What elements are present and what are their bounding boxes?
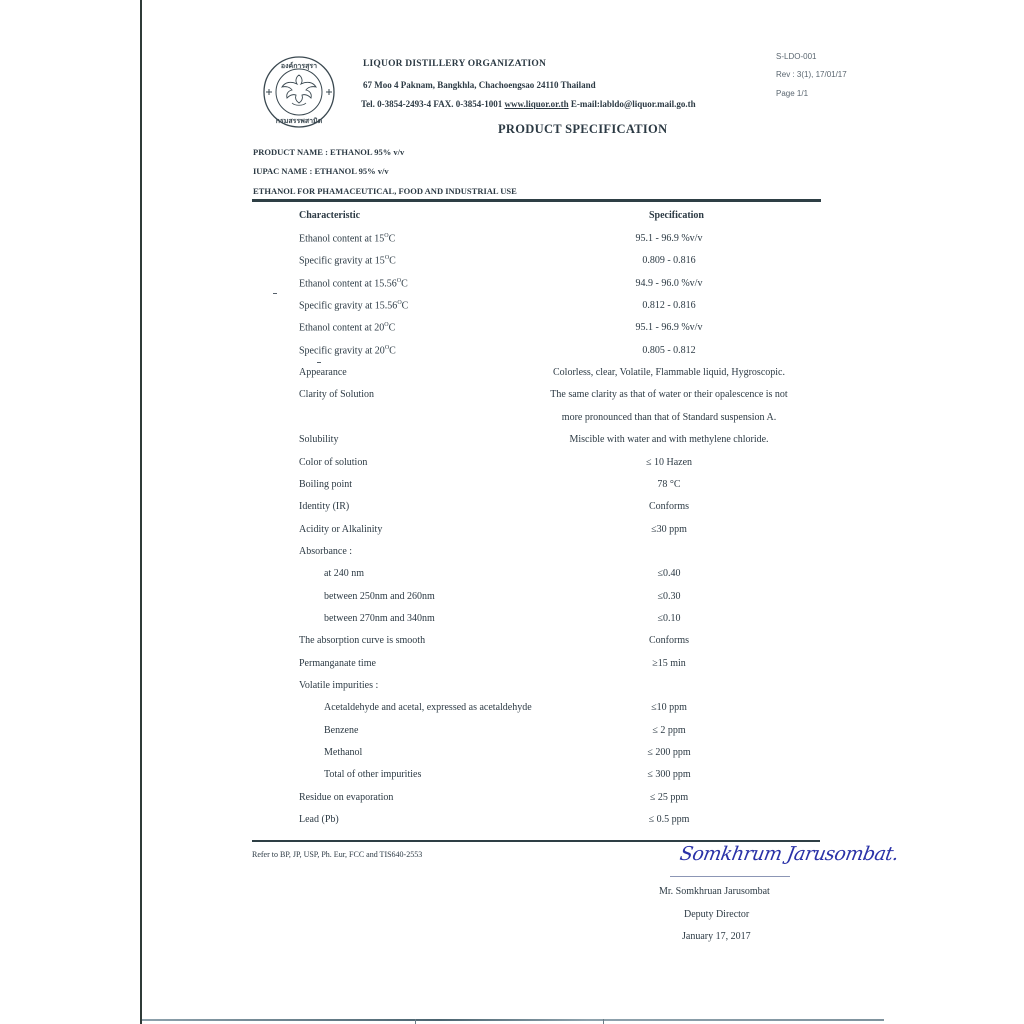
characteristic-cell: Appearance — [299, 367, 347, 378]
characteristic-cell: Ethanol content at 15OC — [299, 233, 395, 244]
specification-cell: ≤ 2 ppm — [501, 725, 837, 736]
specification-cell: ≤ 0.5 ppm — [501, 814, 837, 825]
table-row: Clarity of SolutionThe same clarity as t… — [299, 389, 839, 411]
degree-symbol: O — [397, 278, 401, 284]
specification-cell: ≥15 min — [501, 658, 837, 669]
characteristic-cell: between 250nm and 260nm — [324, 591, 435, 602]
specification-cell: 78 °C — [501, 479, 837, 490]
specification-cell: 95.1 - 96.9 %v/v — [501, 233, 837, 244]
seal-emblem-icon: องค์การสุรา กรมสรรพสามิต — [262, 55, 336, 129]
table-row: Acetaldehyde and acetal, expressed as ac… — [299, 702, 839, 724]
specification-cell: 0.805 - 0.812 — [501, 345, 837, 356]
specification-cell: Conforms — [501, 635, 837, 646]
table-top-rule — [252, 199, 821, 202]
table-row: Total of other impurities≤ 300 ppm — [299, 769, 839, 791]
table-row: Ethanol content at 15.56OC94.9 - 96.0 %v… — [299, 278, 839, 300]
characteristic-cell: Ethanol content at 20OC — [299, 322, 395, 333]
specification-cell: ≤10 ppm — [501, 702, 837, 713]
characteristic-cell: Permanganate time — [299, 658, 376, 669]
specification-cell: Colorless, clear, Volatile, Flammable li… — [501, 367, 837, 378]
table-bottom-rule — [252, 840, 820, 842]
degree-symbol: O — [397, 300, 401, 306]
svg-text:กรมสรรพสามิต: กรมสรรพสามิต — [276, 117, 323, 125]
phone-fax: Tel. 0-3854-2493-4 FAX. 0-3854-1001 — [361, 99, 505, 109]
email-address: E-mail:labldo@liquor.mail.go.th — [569, 99, 696, 109]
characteristic-cell: Ethanol content at 15.56OC — [299, 278, 408, 289]
specification-cell: ≤30 ppm — [501, 524, 837, 535]
specification-cell: ≤0.30 — [501, 591, 837, 602]
table-row: Color of solution≤ 10 Hazen — [299, 457, 839, 479]
signature-date: January 17, 2017 — [682, 931, 751, 942]
table-row: Identity (IR)Conforms — [299, 501, 839, 523]
specification-cell: ≤0.10 — [501, 613, 837, 624]
table-row: Residue on evaporation≤ 25 ppm — [299, 792, 839, 814]
table-row: The absorption curve is smoothConforms — [299, 635, 839, 657]
table-row: Ethanol content at 20OC95.1 - 96.9 %v/v — [299, 322, 839, 344]
specification-cell: Miscible with water and with methylene c… — [501, 434, 837, 445]
table-row: SolubilityMiscible with water and with m… — [299, 434, 839, 456]
table-row: Methanol≤ 200 ppm — [299, 747, 839, 769]
iupac-name: IUPAC NAME : ETHANOL 95% v/v — [253, 166, 389, 176]
characteristic-cell: Volatile impurities : — [299, 680, 378, 691]
characteristic-cell: Clarity of Solution — [299, 389, 374, 400]
specification-cell: more pronounced than that of Standard su… — [501, 412, 837, 423]
reference-note: Refer to BP, JP, USP, Ph. Eur, FCC and T… — [252, 850, 422, 859]
table-row: Acidity or Alkalinity≤30 ppm — [299, 524, 839, 546]
table-row: Specific gravity at 20OC0.805 - 0.812 — [299, 345, 839, 367]
table-row: Permanganate time≥15 min — [299, 658, 839, 680]
specification-cell: ≤ 200 ppm — [501, 747, 837, 758]
characteristic-cell: Residue on evaporation — [299, 792, 393, 803]
characteristic-cell: Specific gravity at 20OC — [299, 345, 396, 356]
table-row: Boiling point78 °C — [299, 479, 839, 501]
characteristic-cell: Identity (IR) — [299, 501, 349, 512]
degree-symbol: O — [384, 233, 388, 239]
page-number: Page 1/1 — [776, 89, 808, 98]
characteristic-cell: Benzene — [324, 725, 358, 736]
characteristic-cell: Absorbance : — [299, 546, 352, 557]
characteristic-cell: at 240 nm — [324, 568, 364, 579]
characteristic-cell: The absorption curve is smooth — [299, 635, 425, 646]
signature: Somkhrum Jarusombat. — [678, 843, 900, 865]
specification-cell: ≤ 300 ppm — [501, 769, 837, 780]
scan-speck — [273, 293, 277, 294]
characteristic-cell: Solubility — [299, 434, 338, 445]
table-row: at 240 nm≤0.40 — [299, 568, 839, 590]
specification-cell: The same clarity as that of water or the… — [501, 389, 837, 400]
table-row: Specific gravity at 15OC0.809 - 0.816 — [299, 255, 839, 277]
table-row: AppearanceColorless, clear, Volatile, Fl… — [299, 367, 839, 389]
header-specification: Specification — [649, 210, 704, 221]
specification-cell: ≤0.40 — [501, 568, 837, 579]
page-bottom-tick — [603, 1019, 604, 1024]
table-row: Volatile impurities : — [299, 680, 839, 702]
header-characteristic: Characteristic — [299, 210, 360, 221]
organization-seal-logo: องค์การสุรา กรมสรรพสามิต — [262, 55, 336, 129]
specification-cell: 0.812 - 0.816 — [501, 300, 837, 311]
characteristic-cell: between 270nm and 340nm — [324, 613, 435, 624]
table-row: more pronounced than that of Standard su… — [299, 412, 839, 434]
characteristic-cell: Methanol — [324, 747, 362, 758]
organization-name: LIQUOR DISTILLERY ORGANIZATION — [363, 59, 546, 69]
organization-address: 67 Moo 4 Paknam, Bangkhla, Chachoengsao … — [363, 80, 596, 90]
product-name: PRODUCT NAME : ETHANOL 95% v/v — [253, 147, 404, 157]
document-code: S-LDO-001 — [776, 52, 816, 61]
table-row: between 270nm and 340nm≤0.10 — [299, 613, 839, 635]
signature-line — [670, 876, 790, 877]
specification-cell: Conforms — [501, 501, 837, 512]
scan-speck — [317, 362, 321, 363]
degree-symbol: O — [385, 255, 389, 261]
specification-cell: 0.809 - 0.816 — [501, 255, 837, 266]
table-row: between 250nm and 260nm≤0.30 — [299, 591, 839, 613]
specification-cell: 94.9 - 96.0 %v/v — [501, 278, 837, 289]
table-row: Benzene≤ 2 ppm — [299, 725, 839, 747]
table-row: Specific gravity at 15.56OC0.812 - 0.816 — [299, 300, 839, 322]
characteristic-cell: Acidity or Alkalinity — [299, 524, 382, 535]
signer-title: Deputy Director — [684, 909, 749, 920]
table-row: Absorbance : — [299, 546, 839, 568]
page-bottom-tick — [415, 1019, 416, 1024]
characteristic-cell: Total of other impurities — [324, 769, 421, 780]
page-bottom-edge — [142, 1019, 884, 1021]
website-link[interactable]: www.liquor.or.th — [505, 99, 569, 109]
specification-cell: ≤ 25 ppm — [501, 792, 837, 803]
characteristic-cell: Specific gravity at 15OC — [299, 255, 396, 266]
specification-cell: ≤ 10 Hazen — [501, 457, 837, 468]
degree-symbol: O — [385, 345, 389, 351]
characteristic-cell: Lead (Pb) — [299, 814, 339, 825]
characteristic-cell: Specific gravity at 15.56OC — [299, 300, 408, 311]
table-row: Ethanol content at 15OC95.1 - 96.9 %v/v — [299, 233, 839, 255]
svg-text:องค์การสุรา: องค์การสุรา — [281, 61, 317, 70]
table-row: Lead (Pb)≤ 0.5 ppm — [299, 814, 839, 836]
scan-border — [140, 0, 142, 1024]
document-title: PRODUCT SPECIFICATION — [498, 122, 667, 137]
signer-name: Mr. Somkhruan Jarusombat — [659, 886, 770, 897]
characteristic-cell: Boiling point — [299, 479, 352, 490]
product-use: ETHANOL FOR PHAMACEUTICAL, FOOD AND INDU… — [253, 186, 517, 196]
characteristic-cell: Color of solution — [299, 457, 367, 468]
degree-symbol: O — [384, 322, 388, 328]
organization-contact: Tel. 0-3854-2493-4 FAX. 0-3854-1001 www.… — [361, 99, 696, 109]
document-revision: Rev : 3(1), 17/01/17 — [776, 70, 847, 79]
specification-cell: 95.1 - 96.9 %v/v — [501, 322, 837, 333]
